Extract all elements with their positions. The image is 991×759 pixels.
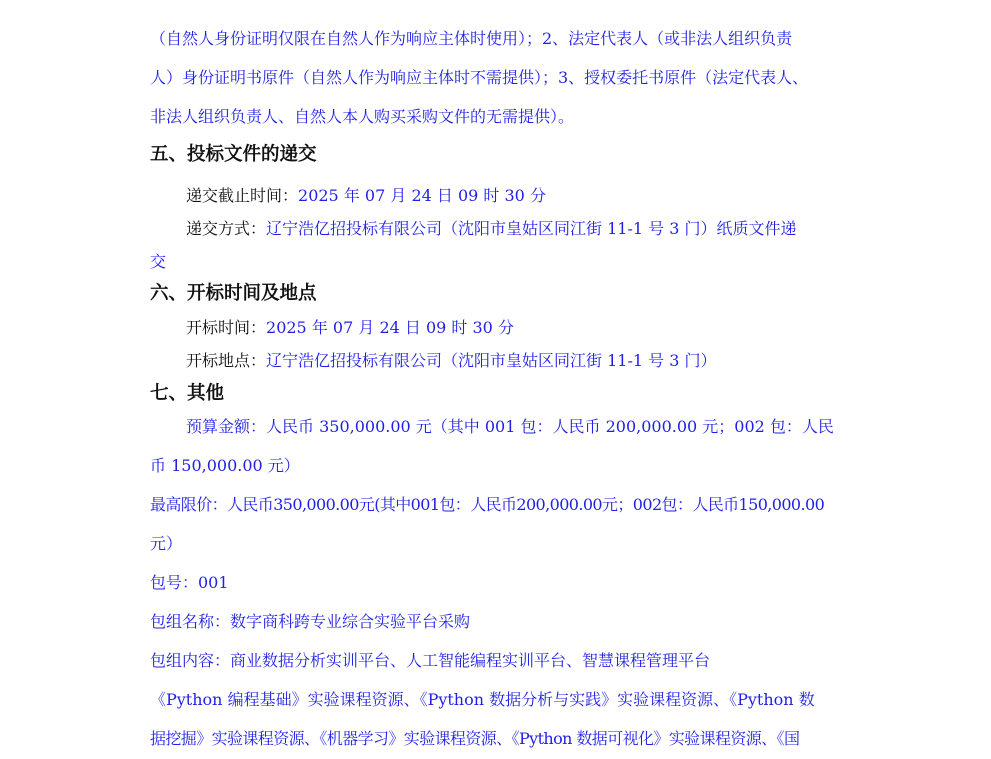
package-name: 包组名称：数字商科跨专业综合实验平台采购 <box>150 611 470 633</box>
opening-place-value: 辽宁浩亿招投标有限公司（沈阳市皇姑区同江街 11-1 号 3 门） <box>266 351 716 370</box>
opening-time: 开标时间：2025 年 07 月 24 日 09 时 30 分 <box>186 317 514 339</box>
intro-line-2: 人）身份证明书原件（自然人作为响应主体时不需提供）；3、授权委托书原件（法定代表… <box>150 67 808 89</box>
submission-deadline-value: 2025 年 07 月 24 日 09 时 30 分 <box>298 186 546 205</box>
submission-method: 递交方式：辽宁浩亿招投标有限公司（沈阳市皇姑区同江街 11-1 号 3 门）纸质… <box>186 218 797 240</box>
submission-method-cont: 交 <box>150 251 166 273</box>
max-price-line-1: 最高限价：人民币350,000.00元(其中001包：人民币200,000.00… <box>150 494 824 516</box>
intro-line-1: （自然人身份证明仅限在自然人作为响应主体时使用）；2、法定代表人（或非法人组织负… <box>150 28 792 50</box>
opening-time-value: 2025 年 07 月 24 日 09 时 30 分 <box>266 318 514 337</box>
section-6-heading: 六、开标时间及地点 <box>150 283 317 305</box>
package-content: 包组内容：商业数据分析实训平台、人工智能编程实训平台、智慧课程管理平台 <box>150 650 710 672</box>
budget-line-2: 币 150,000.00 元） <box>150 455 300 477</box>
submission-method-value: 辽宁浩亿招投标有限公司（沈阳市皇姑区同江街 11-1 号 3 门）纸质文件递 <box>266 219 796 238</box>
opening-place: 开标地点：辽宁浩亿招投标有限公司（沈阳市皇姑区同江街 11-1 号 3 门） <box>186 350 717 372</box>
budget-line-1: 预算金额：人民币 350,000.00 元（其中 001 包：人民币 200,0… <box>186 416 834 438</box>
opening-time-label: 开标时间： <box>186 318 266 337</box>
opening-place-label: 开标地点： <box>186 351 266 370</box>
max-price-line-2: 元） <box>150 533 182 555</box>
package-number: 包号：001 <box>150 572 229 594</box>
submission-deadline: 递交截止时间：2025 年 07 月 24 日 09 时 30 分 <box>186 185 546 207</box>
courses-line-1: 《Python 编程基础》实验课程资源、《Python 数据分析与实践》实验课程… <box>150 689 815 711</box>
courses-line-2: 据挖掘》实验课程资源、《机器学习》实验课程资源、《Python 数据可视化》实验… <box>150 728 799 750</box>
submission-method-label: 递交方式： <box>186 219 266 238</box>
submission-deadline-label: 递交截止时间： <box>186 186 298 205</box>
intro-line-3: 非法人组织负责人、自然人本人购买采购文件的无需提供）。 <box>150 106 574 128</box>
section-5-heading: 五、投标文件的递交 <box>150 144 317 166</box>
section-7-heading: 七、其他 <box>150 383 224 405</box>
